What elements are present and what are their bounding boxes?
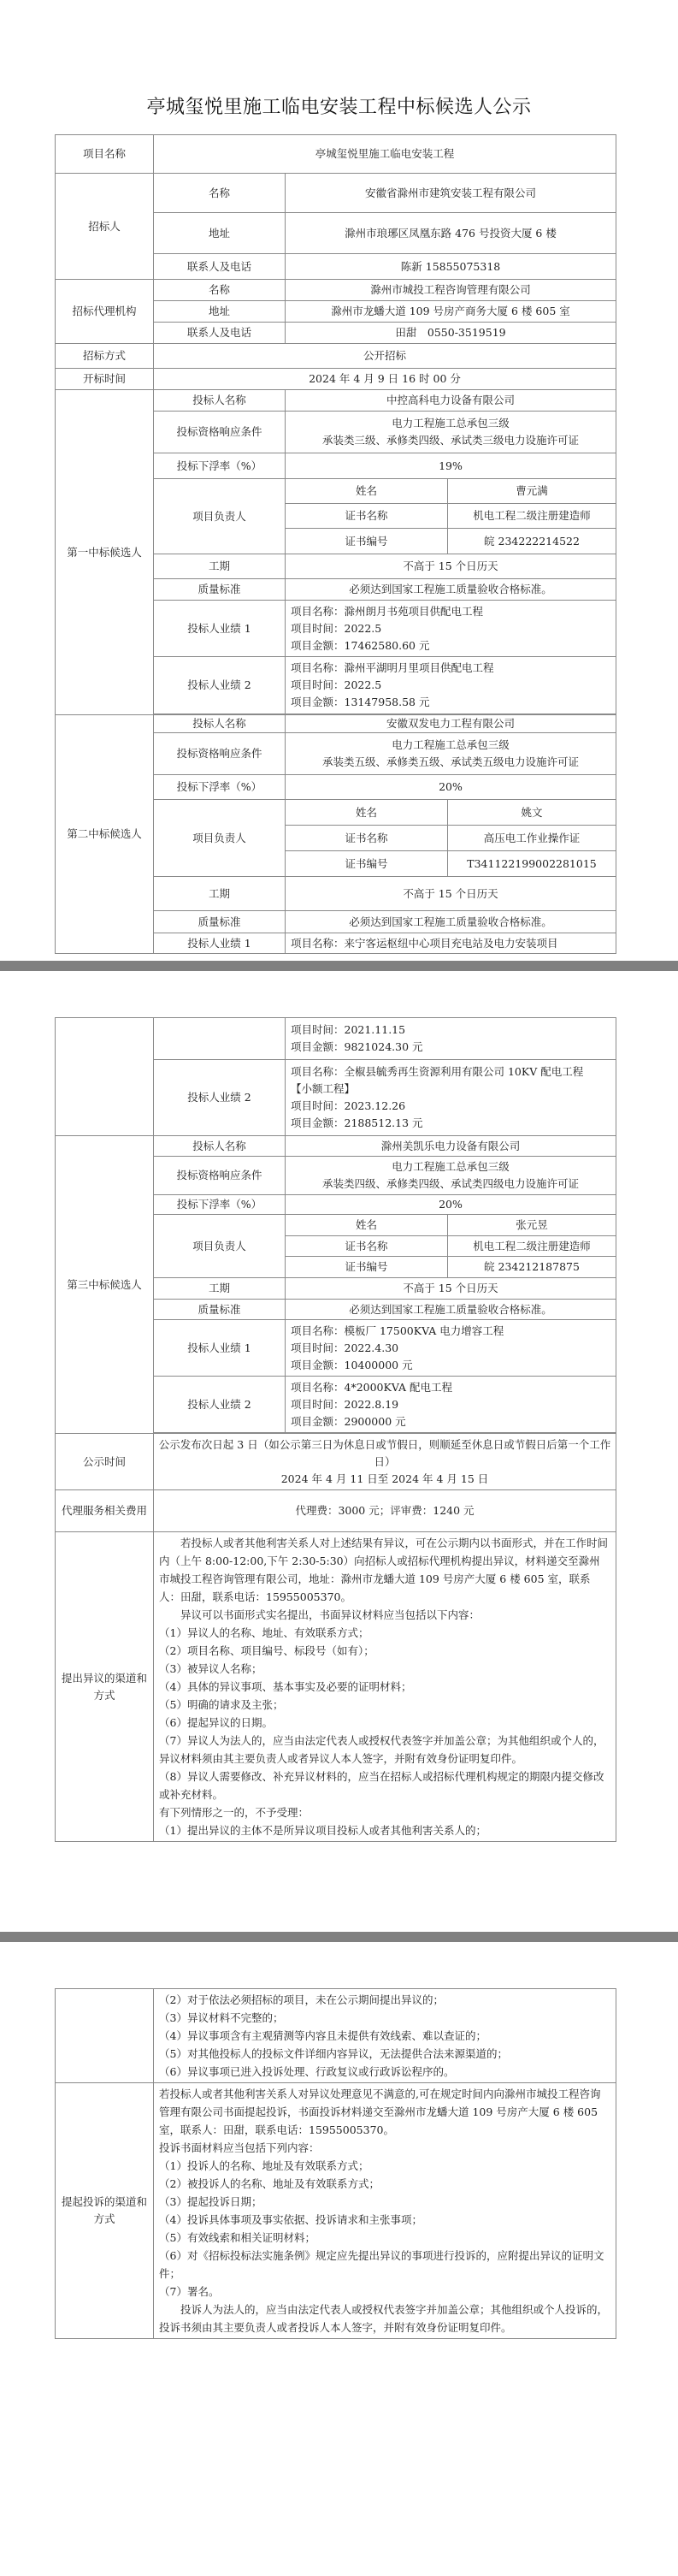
page-separator [0,1932,678,1942]
bidder-name-label: 投标人名称 [154,715,286,733]
qualification-label: 投标资格响应条件 [154,412,286,453]
agency-label: 招标代理机构 [56,280,154,344]
candidate-1-person: 曹元满 [448,479,616,504]
complaint-closing: 投诉人为法人的，应当由法定代表人或授权代表签字并加盖公章；其他组织或个人投诉的，… [159,2301,610,2336]
perf-line: 项目时间：2022.5 [291,677,612,694]
tenderer-address: 滁州市琅琊区凤凰东路 476 号投资大厦 6 楼 [286,213,616,254]
publicity-period-text: 公示发布次日起 3 日（如公示第三日为休息日或节假日，则顺延至休息日或节假日后第… [157,1436,612,1471]
candidate-3-qualification: 电力工程施工总承包三级 承装类四级、承修类四级、承试类四级电力设施许可证 [286,1157,616,1195]
candidate-2-duration: 不高于 15 个日历天 [286,877,616,911]
candidate-3-cert-no: 皖 234212187875 [448,1257,616,1278]
perf-line: 项目金额：13147958.58 元 [291,694,612,711]
row-complaint: 提起投诉的渠道和方式 若投标人或者其他利害关系人对异议处理意见不满意的,可在规定… [56,2083,616,2339]
row-objection-cont: （2）对于依法必须招标的项目，未在公示期间提出异议的； （3）异议材料不完整的；… [56,1989,616,2083]
announcement-table-part-2: 项目时间：2021.11.15 项目金额：9821024.30 元 投标人业绩 … [55,1017,616,1842]
method-label: 招标方式 [56,344,154,369]
page-2: 项目时间：2021.11.15 项目金额：9821024.30 元 投标人业绩 … [55,1017,616,1842]
candidate-3-duration: 不高于 15 个日历天 [286,1278,616,1300]
row-fees: 代理服务相关费用 代理费：3000 元；评审费：1240 元 [56,1490,616,1532]
candidate-3-cert-name: 机电工程二级注册建造师 [448,1236,616,1257]
candidate-2-cert-no: T341122199002281015 [448,851,616,877]
duration-label: 工期 [154,877,286,911]
duration-label: 工期 [154,1278,286,1300]
candidate-2-qualification: 电力工程施工总承包三级 承装类五级、承修类五级、承试类五级电力设施许可证 [286,733,616,775]
candidate-2-cert-name: 高压电工作业操作证 [448,826,616,851]
perf1-label: 投标人业绩 1 [154,1320,286,1377]
perf1-label: 投标人业绩 1 [154,933,286,954]
candidate-1-quality: 必须达到国家工程施工质量验收合格标准。 [286,579,616,601]
perf2-label: 投标人业绩 2 [154,1060,286,1136]
rate-label: 投标下浮率（%） [154,453,286,479]
complaint-item: （7）署名。 [159,2283,610,2301]
person-name-label: 姓名 [286,800,448,826]
complaint-content: 若投标人或者其他利害关系人对异议处理意见不满意的,可在规定时间内向滁州市城投工程… [154,2083,616,2339]
qualification-line: 电力工程施工总承包三级 [289,737,612,754]
tenderer-address-label: 地址 [154,213,286,254]
qualification-label: 投标资格响应条件 [154,1157,286,1195]
agency-contact-label: 联系人及电话 [154,323,286,344]
row-project: 项目名称 亭城玺悦里施工临电安装工程 [56,135,616,174]
tenderer-contact: 陈新 15855075318 [286,254,616,280]
method-value: 公开招标 [154,344,616,369]
perf-line: 项目时间：2023.12.26 [291,1098,612,1115]
agency-contact: 田甜 0550-3519519 [286,323,616,344]
fees-label: 代理服务相关费用 [56,1490,154,1532]
objection-label: 提出异议的渠道和方式 [56,1532,154,1842]
perf1-label: 投标人业绩 1 [154,601,286,657]
objection-reject-item: （5）对其他投标人的投标文件详细内容异议，无法提供合法来源渠道的； [159,2045,610,2063]
candidate-2-bidder-row: 第二中标候选人 投标人名称 安徽双发电力工程有限公司 [56,715,616,733]
perf-line: 项目名称：模板厂 17500KVA 电力增容工程 [291,1323,612,1340]
objection-reject-item: （6）异议事项已进入投诉处理、行政复议或行政诉讼程序的。 [159,2063,610,2081]
qualification-line: 电力工程施工总承包三级 [289,1158,612,1175]
complaint-intro: 若投标人或者其他利害关系人对异议处理意见不满意的,可在规定时间内向滁州市城投工程… [159,2085,610,2139]
candidate-2-person: 姚文 [448,800,616,826]
perf-line: 项目金额：9821024.30 元 [291,1039,612,1056]
cert-no-label: 证书编号 [286,851,448,877]
page-title: 亭城玺悦里施工临电安装工程中标候选人公示 [0,92,678,119]
objection-item: （1）异议人的名称、地址、有效联系方式； [159,1624,610,1642]
agency-address-label: 地址 [154,301,286,323]
objection-item: （8）异议人需要修改、补充异议材料的，应当在招标人或招标代理机构规定的期限内提交… [159,1768,610,1803]
tenderer-label: 招标人 [56,174,154,280]
row-objection: 提出异议的渠道和方式 若投标人或者其他利害关系人对上述结果有异议，可在公示期内以… [56,1532,616,1842]
candidate-3-bidder-row: 第三中标候选人 投标人名称 滁州美凯乐电力设备有限公司 [56,1136,616,1157]
candidate-2-quality: 必须达到国家工程施工质量验收合格标准。 [286,911,616,933]
tenderer-name: 安徽省滁州市建筑安装工程有限公司 [286,174,616,213]
publicity-label: 公示时间 [56,1434,154,1490]
objection-item: （3）被异议人名称； [159,1660,610,1678]
quality-label: 质量标准 [154,911,286,933]
candidate-3-label: 第三中标候选人 [56,1136,154,1434]
candidate-2-perf1-cont: 项目时间：2021.11.15 项目金额：9821024.30 元 [286,1018,616,1060]
complaint-item: （3）提起投诉日期； [159,2193,610,2211]
objection-label-cont [56,1989,154,2083]
cert-no-label: 证书编号 [286,1257,448,1278]
tenderer-contact-label: 联系人及电话 [154,254,286,280]
objection-content-cont: （2）对于依法必须招标的项目，未在公示期间提出异议的； （3）异议材料不完整的；… [154,1989,616,2083]
manager-label: 项目负责人 [154,1215,286,1278]
perf-line: 项目金额：17462580.60 元 [291,637,612,654]
complaint-item: （5）有效线索和相关证明材料； [159,2229,610,2247]
perf1-label-cont [154,1018,286,1060]
complaint-item: （6）对《招标投标法实施条例》规定应先提出异议的事项进行投诉的，应附提出异议的证… [159,2247,610,2283]
row-tenderer-name: 招标人 名称 安徽省滁州市建筑安装工程有限公司 [56,174,616,213]
perf-line: 项目金额：2188512.13 元 [291,1115,612,1132]
candidate-3-person: 张元昱 [448,1215,616,1236]
objection-item: （4）具体的异议事项、基本事实及必要的证明材料； [159,1678,610,1696]
candidate-1-bidder-row: 第一中标候选人 投标人名称 中控高科电力设备有限公司 [56,390,616,412]
complaint-item: （4）投诉具体事项及事实依据、投诉请求和主张事项； [159,2211,610,2229]
perf-line: 项目金额：2900000 元 [291,1413,612,1430]
cert-name-label: 证书名称 [286,1236,448,1257]
objection-content: 若投标人或者其他利害关系人对上述结果有异议，可在公示期内以书面形式，并在工作时间… [154,1532,616,1842]
row-publicity: 公示时间 公示发布次日起 3 日（如公示第三日为休息日或节假日，则顺延至休息日或… [56,1434,616,1490]
perf-line: 项目时间：2022.8.19 [291,1396,612,1413]
objection-reject-item: （1）提出异议的主体不是所异议项目投标人或者其他利害关系人的； [159,1821,610,1839]
candidate-3-rate: 20% [286,1195,616,1215]
qualification-line: 承装类四级、承修类四级、承试类四级电力设施许可证 [289,1175,612,1193]
candidate-2-rate: 20% [286,775,616,800]
bidder-name-label: 投标人名称 [154,1136,286,1157]
perf-line: 项目金额：10400000 元 [291,1357,612,1374]
candidate-2-perf2: 项目名称：全椒县毓秀再生资源利用有限公司 10KV 配电工程 【小额工程】 项目… [286,1060,616,1136]
perf-line: 项目时间：2022.5 [291,620,612,637]
perf-line: 项目名称：滁州平湖明月里项目供配电工程 [291,660,612,677]
opening-label: 开标时间 [56,369,154,390]
page-separator [0,961,678,971]
duration-label: 工期 [154,554,286,579]
agency-name-label: 名称 [154,280,286,301]
perf-line: 项目名称：4*2000KVA 配电工程 [291,1379,612,1396]
manager-label: 项目负责人 [154,800,286,877]
candidate-2-label-cont [56,1018,154,1136]
candidate-1-label: 第一中标候选人 [56,390,154,715]
candidate-1-duration: 不高于 15 个日历天 [286,554,616,579]
candidate-3-perf2: 项目名称：4*2000KVA 配电工程 项目时间：2022.8.19 项目金额：… [286,1377,616,1433]
candidate-1-cert-name: 机电工程二级注册建造师 [448,504,616,529]
publicity-dates: 2024 年 4 月 11 日至 2024 年 4 月 15 日 [157,1471,612,1488]
person-name-label: 姓名 [286,479,448,504]
rate-label: 投标下浮率（%） [154,1195,286,1215]
candidate-1-rate: 19% [286,453,616,479]
objection-reject-item: （4）异议事项含有主观猜测等内容且未提供有效线索、难以查证的； [159,2027,610,2045]
agency-name: 滁州市城投工程咨询管理有限公司 [286,280,616,301]
qualification-label: 投标资格响应条件 [154,733,286,775]
objection-reject-intro: 有下列情形之一的，不予受理： [159,1803,610,1821]
cert-no-label: 证书编号 [286,529,448,554]
announcement-table-part-1: 项目名称 亭城玺悦里施工临电安装工程 招标人 名称 安徽省滁州市建筑安装工程有限… [55,134,616,954]
person-name-label: 姓名 [286,1215,448,1236]
complaint-content-intro: 投诉书面材料应当包括下列内容： [159,2139,610,2157]
perf-line: 项目时间：2021.11.15 [291,1022,612,1039]
quality-label: 质量标准 [154,1300,286,1320]
objection-item: （7）异议人为法人的，应当由法定代表人或授权代表签字并加盖公章；为其他组织或个人… [159,1732,610,1768]
complaint-item: （1）投诉人的名称、地址及有效联系方式； [159,2157,610,2175]
candidate-2-perf1-name: 项目名称：来宁客运枢纽中心项目充电站及电力安装项目 [286,933,616,954]
qualification-line: 承装类五级、承修类五级、承试类五级电力设施许可证 [289,754,612,771]
announcement-table-part-3: （2）对于依法必须招标的项目，未在公示期间提出异议的； （3）异议材料不完整的；… [55,1988,616,2339]
objection-reject-item: （3）异议材料不完整的； [159,2009,610,2027]
candidate-1-cert-no: 皖 234222214522 [448,529,616,554]
qualification-line: 承装类三级、承修类四级、承试类三级电力设施许可证 [289,432,612,449]
candidate-1-bidder: 中控高科电力设备有限公司 [286,390,616,412]
objection-item: （6）提起异议的日期。 [159,1714,610,1732]
tenderer-name-label: 名称 [154,174,286,213]
candidate-1-perf1: 项目名称：滁州朗月书苑项目供配电工程 项目时间：2022.5 项目金额：1746… [286,601,616,657]
candidate-2-label: 第二中标候选人 [56,715,154,954]
manager-label: 项目负责人 [154,479,286,554]
objection-content-intro: 异议可以书面形式实名提出，书面异议材料应当包括以下内容： [159,1606,610,1624]
candidate-1-qualification: 电力工程施工总承包三级 承装类三级、承修类四级、承试类三级电力设施许可证 [286,412,616,453]
rate-label: 投标下浮率（%） [154,775,286,800]
cert-name-label: 证书名称 [286,826,448,851]
fees-value: 代理费：3000 元；评审费：1240 元 [154,1490,616,1532]
perf-line: 【小额工程】 [291,1081,612,1098]
agency-address: 滁州市龙蟠大道 109 号房产商务大厦 6 楼 605 室 [286,301,616,323]
perf-line: 项目时间：2022.4.30 [291,1340,612,1357]
complaint-label: 提起投诉的渠道和方式 [56,2083,154,2339]
project-label: 项目名称 [56,135,154,174]
publicity-value: 公示发布次日起 3 日（如公示第三日为休息日或节假日，则顺延至休息日或节假日后第… [154,1434,616,1490]
page-3: （2）对于依法必须招标的项目，未在公示期间提出异议的； （3）异议材料不完整的；… [55,1988,616,2339]
complaint-item: （2）被投诉人的名称、地址及有效联系方式； [159,2175,610,2193]
candidate-1-perf2: 项目名称：滁州平湖明月里项目供配电工程 项目时间：2022.5 项目金额：131… [286,657,616,714]
objection-item: （2）项目名称、项目编号、标段号（如有）； [159,1642,610,1660]
candidate-3-bidder: 滁州美凯乐电力设备有限公司 [286,1136,616,1157]
qualification-line: 电力工程施工总承包三级 [289,415,612,432]
candidate-3-quality: 必须达到国家工程施工质量验收合格标准。 [286,1300,616,1320]
objection-item: （5）明确的请求及主张； [159,1696,610,1714]
opening-value: 2024 年 4 月 9 日 16 时 00 分 [154,369,616,390]
bidder-name-label: 投标人名称 [154,390,286,412]
candidate-2-bidder: 安徽双发电力工程有限公司 [286,715,616,733]
objection-intro: 若投标人或者其他利害关系人对上述结果有异议，可在公示期内以书面形式，并在工作时间… [159,1534,610,1606]
perf2-label: 投标人业绩 2 [154,1377,286,1433]
page-1: 项目名称 亭城玺悦里施工临电安装工程 招标人 名称 安徽省滁州市建筑安装工程有限… [55,134,616,954]
cert-name-label: 证书名称 [286,504,448,529]
quality-label: 质量标准 [154,579,286,601]
perf-line: 项目名称：滁州朗月书苑项目供配电工程 [291,603,612,620]
objection-reject-item: （2）对于依法必须招标的项目，未在公示期间提出异议的； [159,1991,610,2009]
perf2-label: 投标人业绩 2 [154,657,286,714]
perf-line: 项目名称：全椒县毓秀再生资源利用有限公司 10KV 配电工程 [291,1063,612,1081]
project-value: 亭城玺悦里施工临电安装工程 [154,135,616,174]
candidate-3-perf1: 项目名称：模板厂 17500KVA 电力增容工程 项目时间：2022.4.30 … [286,1320,616,1377]
